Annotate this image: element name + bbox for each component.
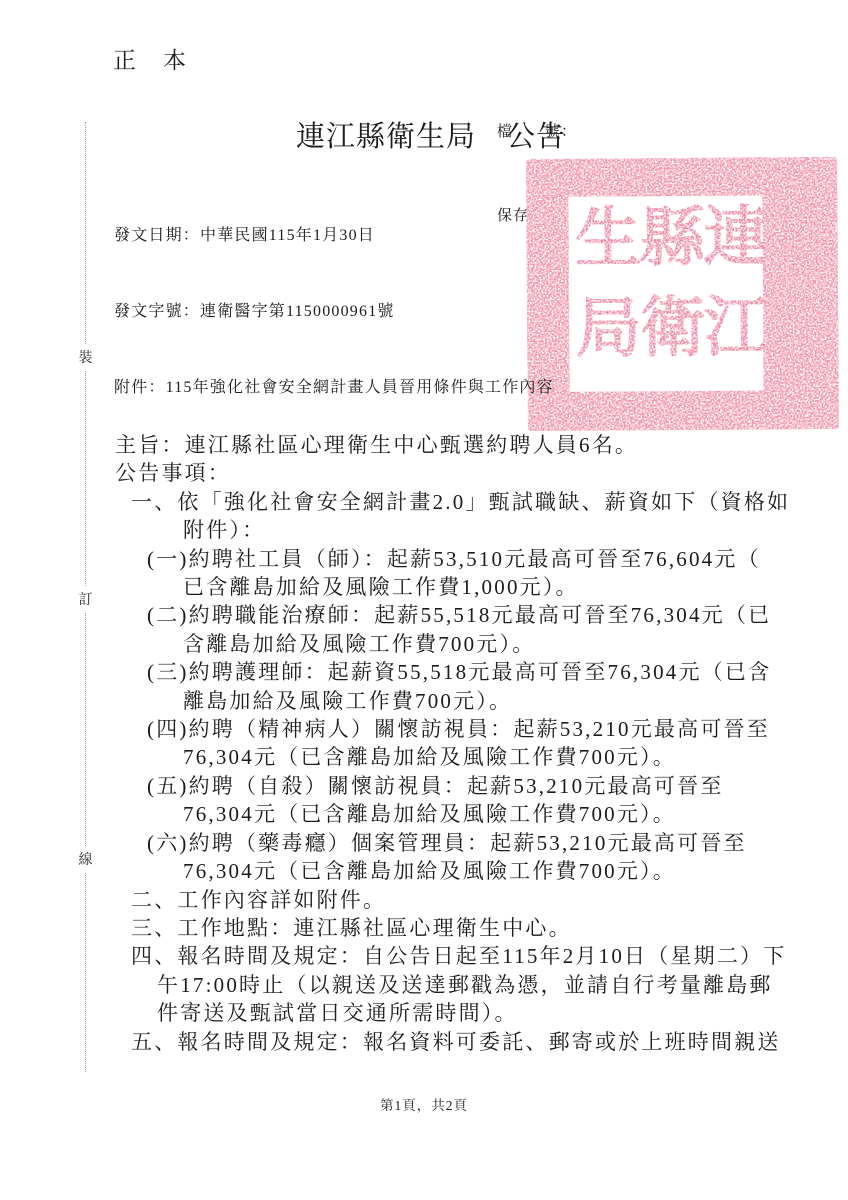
- announcement-item-1-1: (一)約聘社工員（師）：起薪53,510元最高可晉至76,604元（ 已含離島加…: [115, 545, 821, 602]
- announcement-item-1-5: (五)約聘（自殺）關懷訪視員：起薪53,210元最高可晉至 76,304元（已含…: [115, 772, 821, 829]
- announcement-item-1-2: (二)約聘職能治療師：起薪55,518元最高可晉至76,304元（已 含離島加給…: [115, 601, 821, 658]
- announcement-item-1-6: (六)約聘（藥毒癮）個案管理員：起薪53,210元最高可晉至 76,304元（已…: [115, 829, 821, 886]
- seal-text: 連江 縣衛 生局: [568, 201, 761, 388]
- binding-mark-zhuang: 裝: [77, 344, 94, 370]
- announcement-item-2: 二、工作內容詳如附件。: [115, 886, 821, 914]
- announcement-item-1-3: (三)約聘護理師：起薪資55,518元最高可晉至76,304元（已含 離島加給及…: [115, 658, 821, 715]
- issue-date-line: 發文日期：中華民國115年1月30日: [114, 223, 554, 248]
- announcement-item-4: 四、報名時間及規定：自公告日起至115年2月10日（星期二）下 午17:00時止…: [115, 942, 821, 1027]
- document-title: 連江縣衛生局 公告: [0, 114, 848, 155]
- announcement-item-3: 三、工作地點：連江縣社區心理衛生中心。: [115, 914, 821, 942]
- section-header: 公告事項：: [115, 459, 821, 487]
- announcement-body: 主旨：連江縣社區心理衛生中心甄選約聘人員6名。 公告事項： 一、依「強化社會安全…: [115, 431, 821, 1056]
- copy-type-label: 正 本: [113, 42, 188, 75]
- page-number-footer: 第1頁，共2頁: [0, 1094, 848, 1114]
- announcement-item-1-4: (四)約聘（精神病人）關懷訪視員：起薪53,210元最高可晉至 76,304元（…: [115, 715, 821, 772]
- binding-mark-ding: 訂: [77, 586, 94, 612]
- seal-inner-area: 連江 縣衛 生局: [568, 195, 763, 391]
- official-seal-stamp: 連江 縣衛 生局: [526, 157, 839, 431]
- announcement-item-1: 一、依「強化社會安全網計畫2.0」甄試職缺、薪資如下（資格如 附件）：: [115, 488, 821, 545]
- binding-mark-xian: 線: [77, 846, 94, 872]
- issue-number-line: 發文字號：連衛醫字第1150000961號: [114, 299, 554, 324]
- document-page: 正 本 檔 號： 保存年限： 連江縣衛生局 公告 發文日期：中華民國115年1月…: [0, 0, 848, 1200]
- attachment-line: 附件：115年強化社會安全網計畫人員晉用條件與工作內容: [114, 375, 554, 400]
- announcement-item-5: 五、報名時間及規定：報名資料可委託、郵寄或於上班時間親送: [115, 1028, 821, 1056]
- issue-info-block: 發文日期：中華民國115年1月30日 發文字號：連衛醫字第1150000961號…: [114, 172, 554, 451]
